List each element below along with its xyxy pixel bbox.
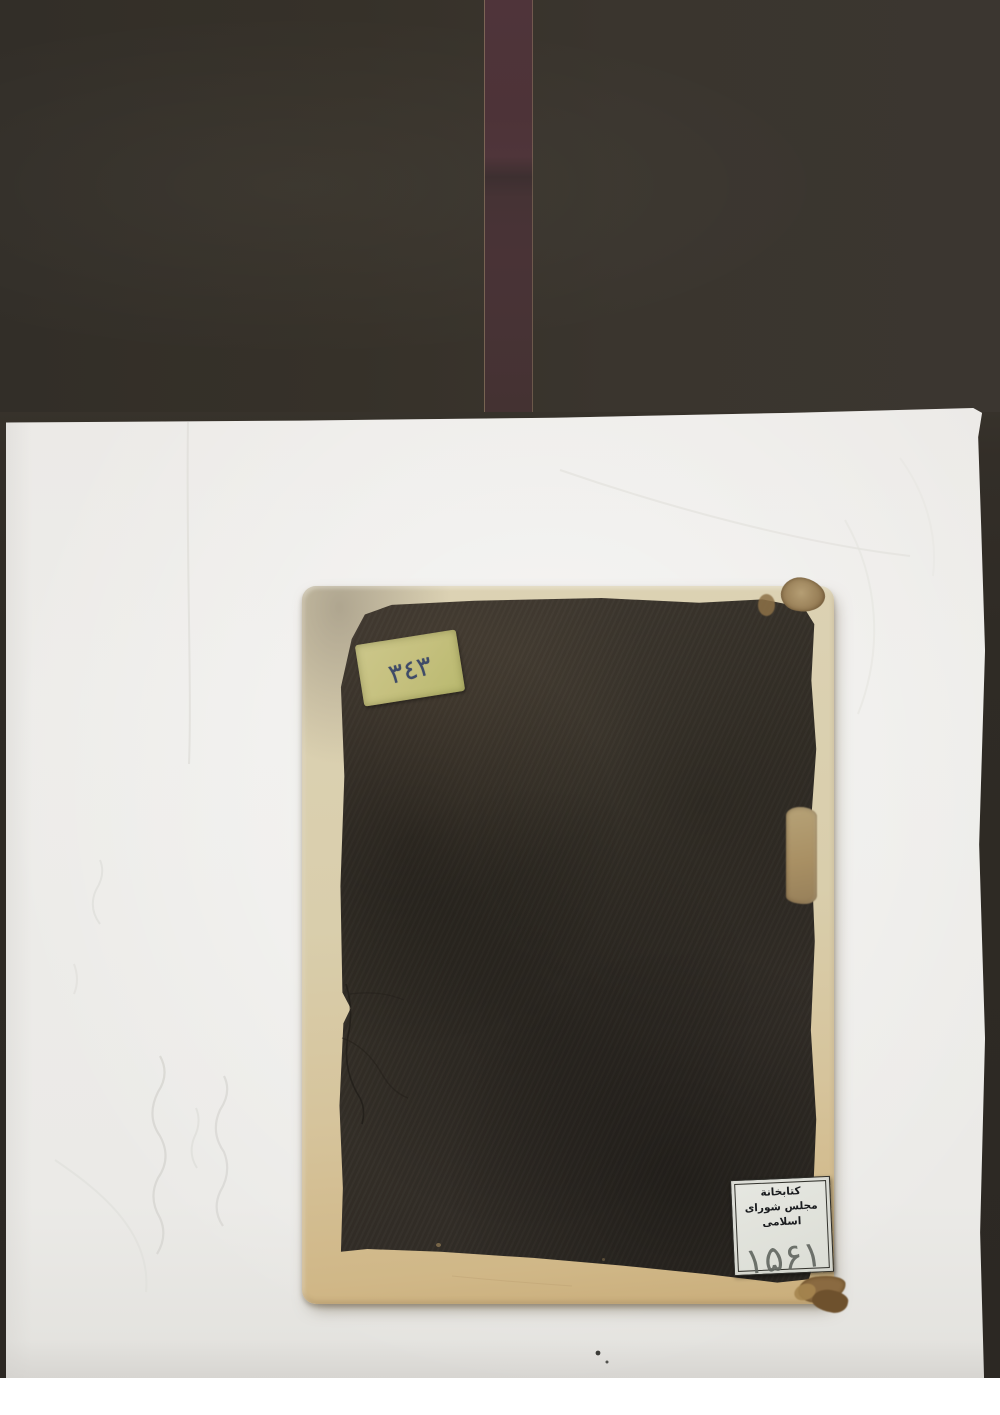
library-stamp-label: كتابخانة مجلس شوراى اسلامى ۱۵۶۱ [730,1176,834,1276]
library-label-title: كتابخانة مجلس شوراى اسلامى [731,1183,831,1233]
book-cover: ٣٤٣ كتابخانة مجلس شوراى اسلامى ۱۵۶۱ [302,586,834,1304]
frayed-corner [794,1270,854,1318]
fray-fiber [810,1287,849,1315]
board-speck [602,1258,605,1261]
leather-wear-spot [758,594,775,616]
shelf-number-text: ٣٤٣ [386,650,436,691]
spine-cloth-strip [484,0,533,412]
edge-wear-patch [786,807,817,904]
board-speck [436,1243,441,1247]
